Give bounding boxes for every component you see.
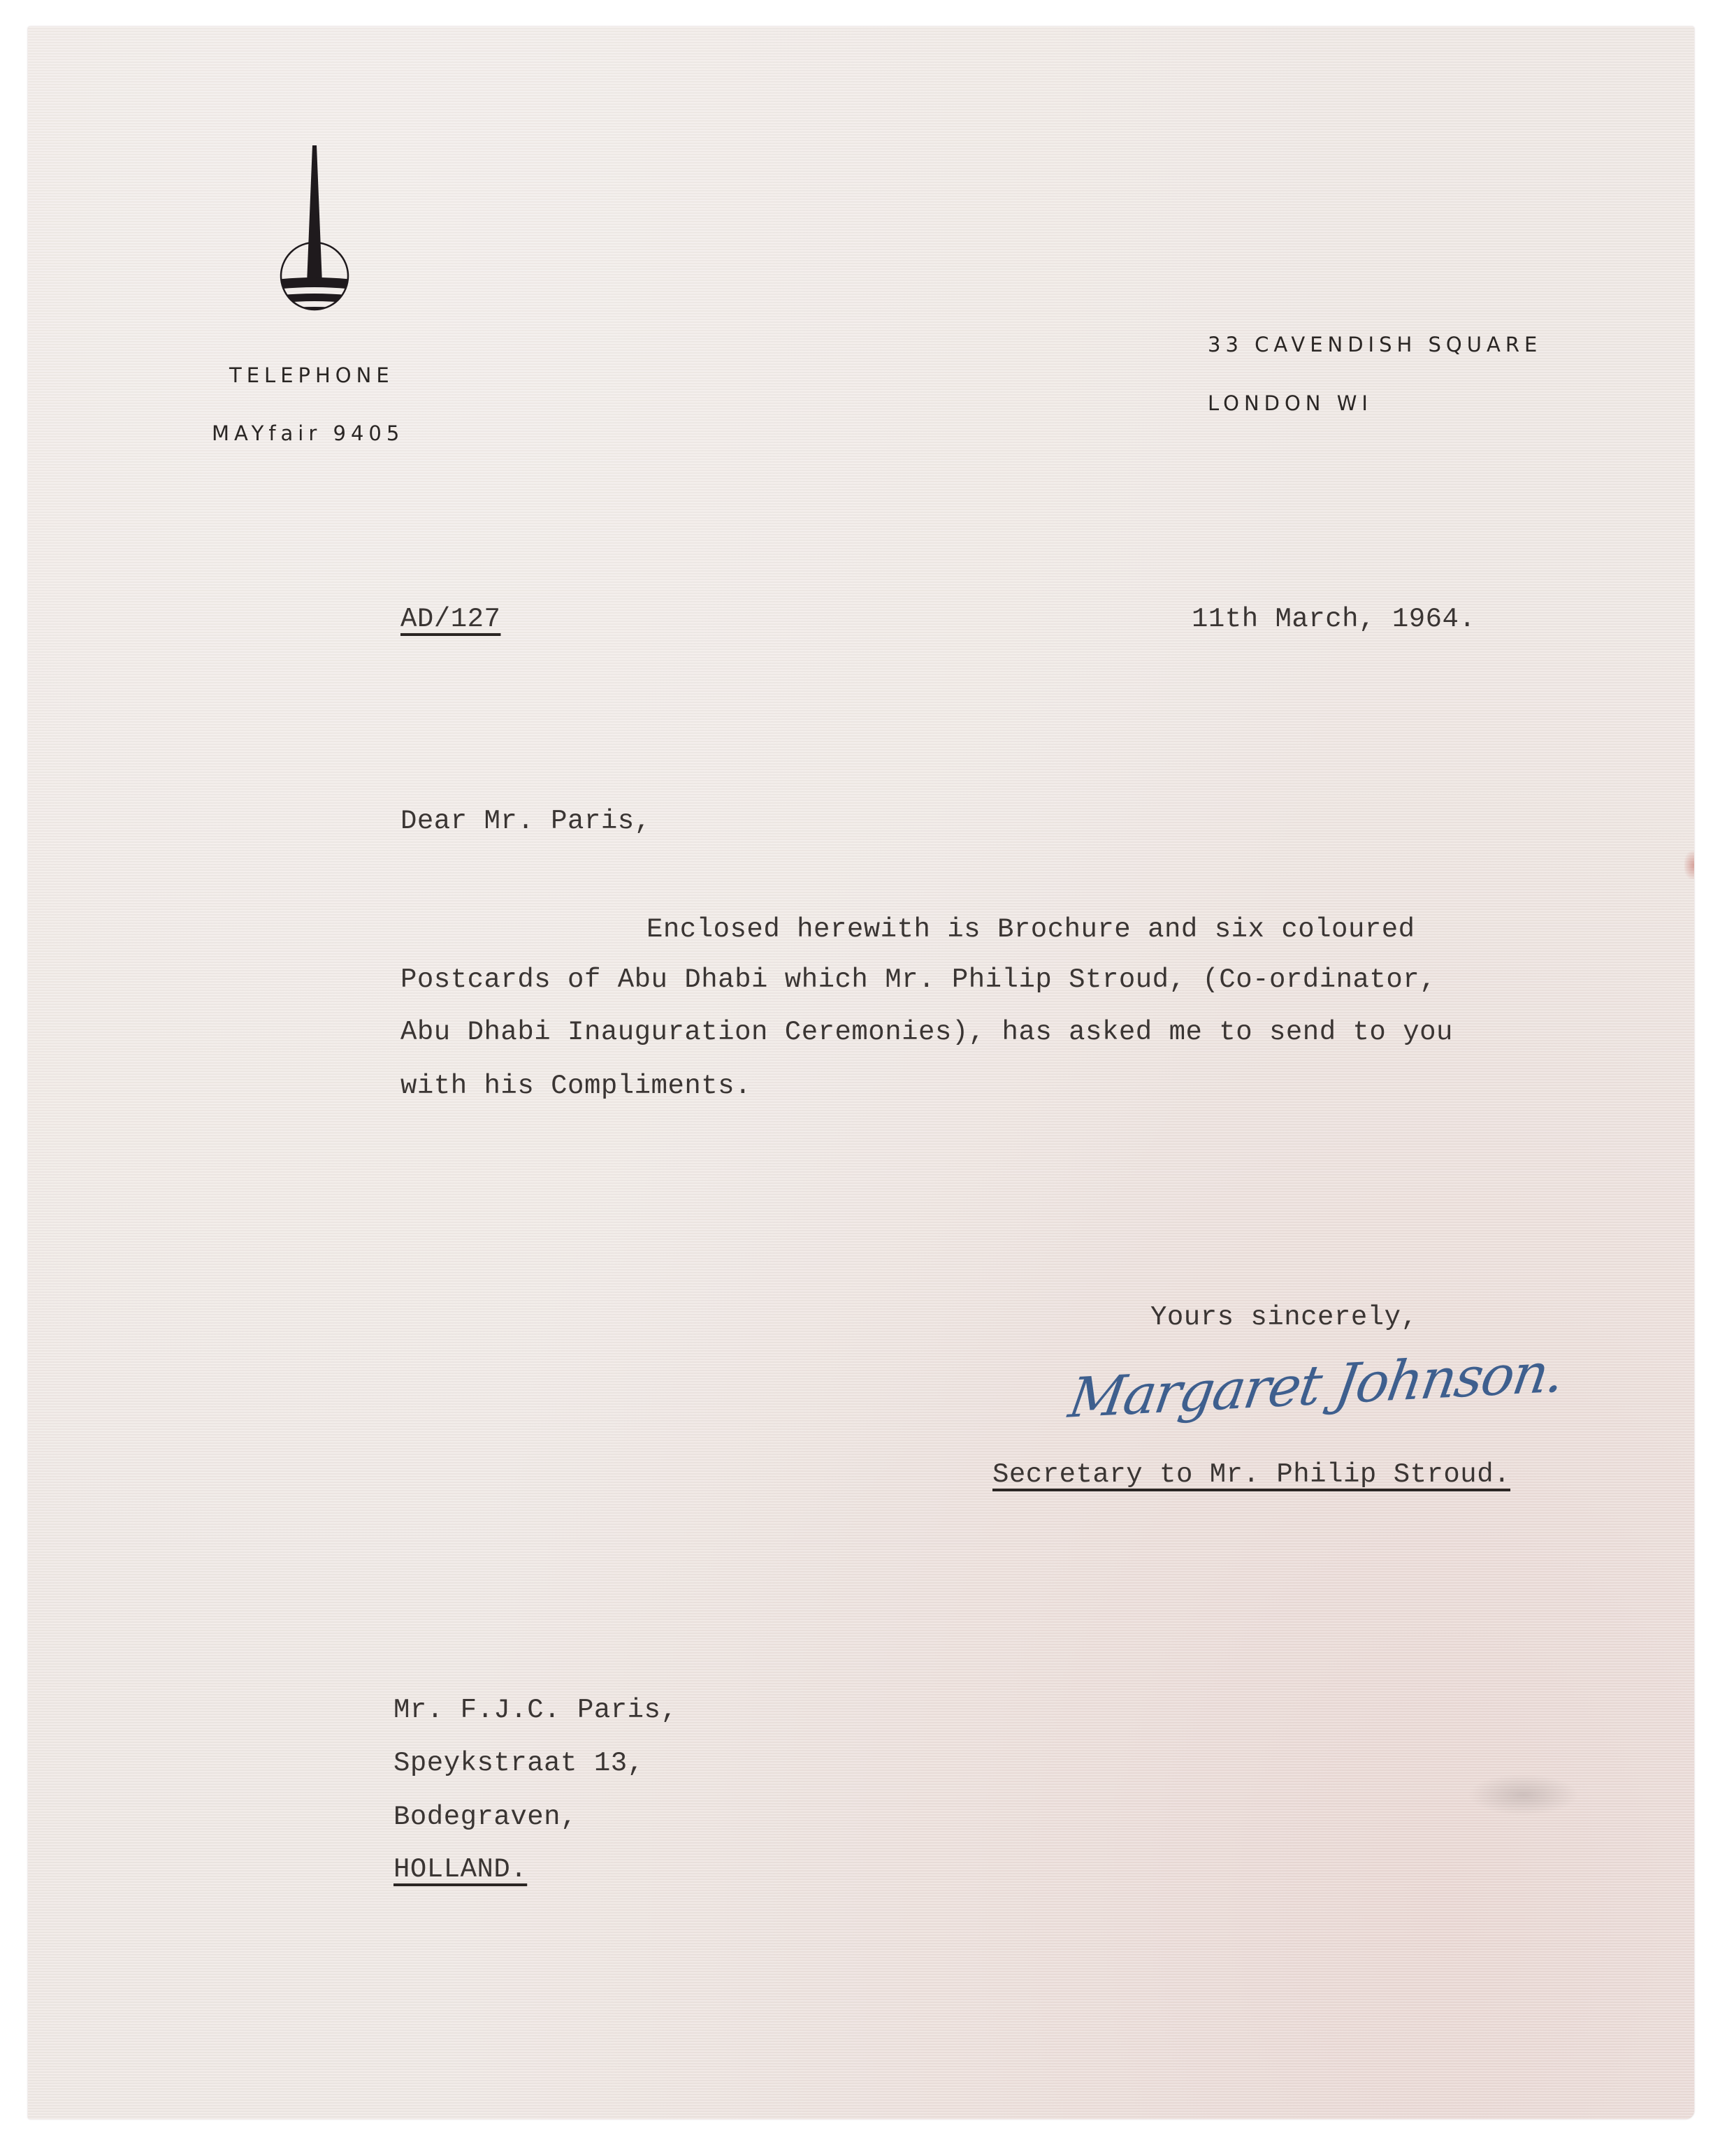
recipient-address-line: Speykstraat 13, bbox=[393, 1748, 644, 1779]
paper-smudge bbox=[1468, 1774, 1580, 1816]
closing: Yours sincerely, bbox=[1150, 1302, 1417, 1333]
letter-paper: TELEPHONE MAYfair 9405 33 CAVENDISH SQUA… bbox=[28, 27, 1694, 2119]
body-line: Enclosed herewith is Brochure and six co… bbox=[646, 914, 1415, 945]
handwritten-signature: Margaret Johnson. bbox=[1064, 1341, 1568, 1431]
recipient-address-line: Mr. F.J.C. Paris, bbox=[393, 1695, 677, 1725]
telephone-number: MAYfair 9405 bbox=[212, 421, 404, 445]
sender-address-line-2: LONDON WI bbox=[1208, 391, 1373, 415]
sender-address-line-1: 33 CAVENDISH SQUARE bbox=[1208, 333, 1542, 356]
paper-stain bbox=[1684, 851, 1694, 879]
letter-reference: AD/127 bbox=[400, 604, 500, 635]
body-line: Abu Dhabi Inauguration Ceremonies), has … bbox=[400, 1017, 1453, 1048]
recipient-country: HOLLAND. bbox=[393, 1854, 527, 1885]
body-line: with his Compliments. bbox=[400, 1071, 751, 1101]
signatory-title: Secretary to Mr. Philip Stroud. bbox=[992, 1459, 1510, 1490]
body-line: Postcards of Abu Dhabi which Mr. Philip … bbox=[400, 964, 1436, 995]
salutation: Dear Mr. Paris, bbox=[400, 806, 651, 837]
recipient-address-line: Bodegraven, bbox=[393, 1802, 577, 1832]
telephone-label: TELEPHONE bbox=[229, 363, 394, 387]
letter-date: 11th March, 1964. bbox=[1192, 604, 1475, 635]
spire-globe-logo-icon bbox=[276, 145, 353, 313]
